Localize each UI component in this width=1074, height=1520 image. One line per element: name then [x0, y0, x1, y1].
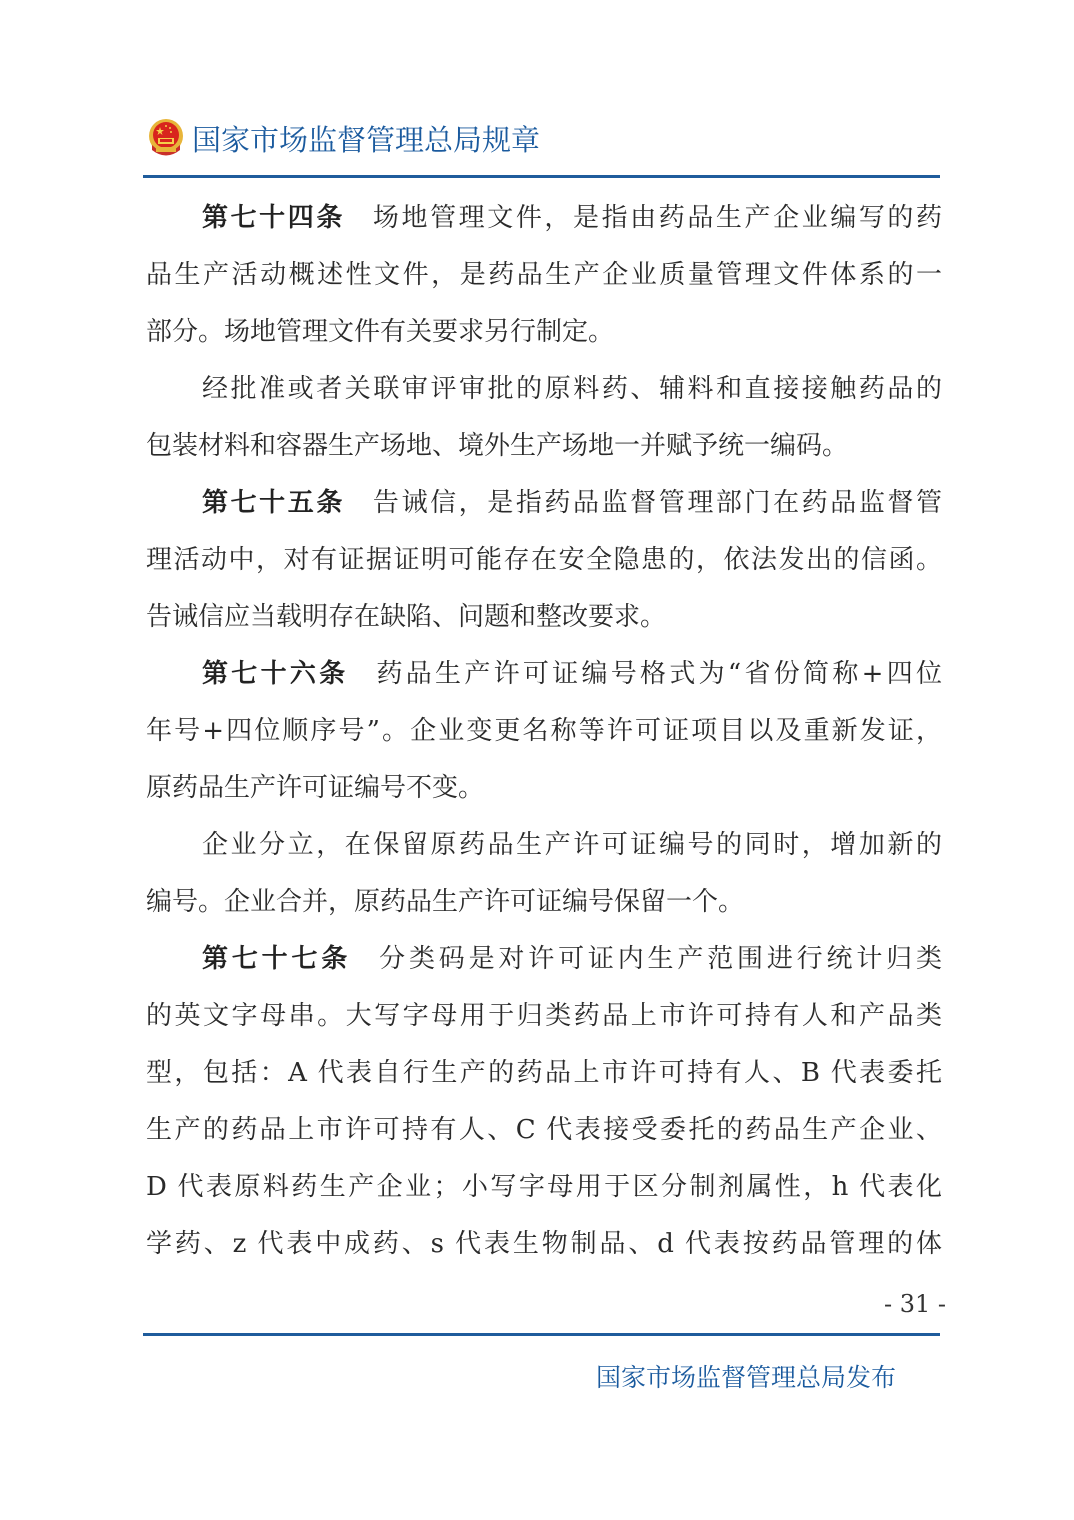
article-77-line-3: 型，包括：A 代表自行生产的药品上市许可持有人、B 代表委托 [146, 1045, 942, 1102]
text-line: 分类码是对许可证内生产范围进行统计归类 [379, 944, 942, 974]
article-77-line-6: 学药、z 代表中成药、s 代表生物制品、d 代表按药品管理的体 [146, 1216, 942, 1273]
article-74-line-3: 部分。场地管理文件有关要求另行制定。 [146, 304, 942, 361]
footer-divider [143, 1333, 940, 1336]
article-77-label: 第七十七条 [202, 944, 351, 974]
article-76-line-1: 第七十六条药品生产许可证编号格式为“省份简称+四位 [146, 646, 942, 703]
text-line: 告诫信，是指药品监督管理部门在药品监督管 [373, 488, 942, 518]
page-number: - 31 - [856, 1290, 946, 1318]
article-76-para2-line-1: 企业分立，在保留原药品生产许可证编号的同时，增加新的 [146, 817, 942, 874]
article-75-line-2: 理活动中，对有证据证明可能存在安全隐患的，依法发出的信函。 [146, 532, 942, 589]
article-77-line-1: 第七十七条分类码是对许可证内生产范围进行统计归类 [146, 931, 942, 988]
article-76-para2-line-2: 编号。企业合并，原药品生产许可证编号保留一个。 [146, 874, 942, 931]
header-divider [143, 175, 940, 178]
document-body: 第七十四条场地管理文件，是指由药品生产企业编写的药 品生产活动概述性文件，是药品… [146, 190, 942, 1273]
article-77-line-2: 的英文字母串。大写字母用于归类药品上市许可持有人和产品类 [146, 988, 942, 1045]
national-emblem-icon [146, 117, 186, 159]
article-77-line-5: D 代表原料药生产企业；小写字母用于区分制剂属性，h 代表化 [146, 1159, 942, 1216]
article-75-line-3: 告诫信应当载明存在缺陷、问题和整改要求。 [146, 589, 942, 646]
article-76-line-2: 年号+四位顺序号”。企业变更名称等许可证项目以及重新发证， [146, 703, 942, 760]
article-76-line-3: 原药品生产许可证编号不变。 [146, 760, 942, 817]
footer-publisher: 国家市场监督管理总局发布 [596, 1358, 896, 1394]
article-74-para2-line-1: 经批准或者关联审评审批的原料药、辅料和直接接触药品的 [146, 361, 942, 418]
document-header: 国家市场监督管理总局规章 [146, 114, 540, 162]
text-line: 场地管理文件，是指由药品生产企业编写的药 [373, 203, 942, 233]
text-line: 药品生产许可证编号格式为“省份简称+四位 [376, 659, 942, 689]
article-75-label: 第七十五条 [202, 488, 345, 518]
article-74-line-1: 第七十四条场地管理文件，是指由药品生产企业编写的药 [146, 190, 942, 247]
article-77-line-4: 生产的药品上市许可持有人、C 代表接受委托的药品生产企业、 [146, 1102, 942, 1159]
article-75-line-1: 第七十五条告诫信，是指药品监督管理部门在药品监督管 [146, 475, 942, 532]
header-title: 国家市场监督管理总局规章 [192, 118, 540, 159]
article-76-label: 第七十六条 [202, 659, 348, 689]
article-74-para2-line-2: 包装材料和容器生产场地、境外生产场地一并赋予统一编码。 [146, 418, 942, 475]
article-74-line-2: 品生产活动概述性文件，是药品生产企业质量管理文件体系的一 [146, 247, 942, 304]
article-74-label: 第七十四条 [202, 203, 345, 233]
